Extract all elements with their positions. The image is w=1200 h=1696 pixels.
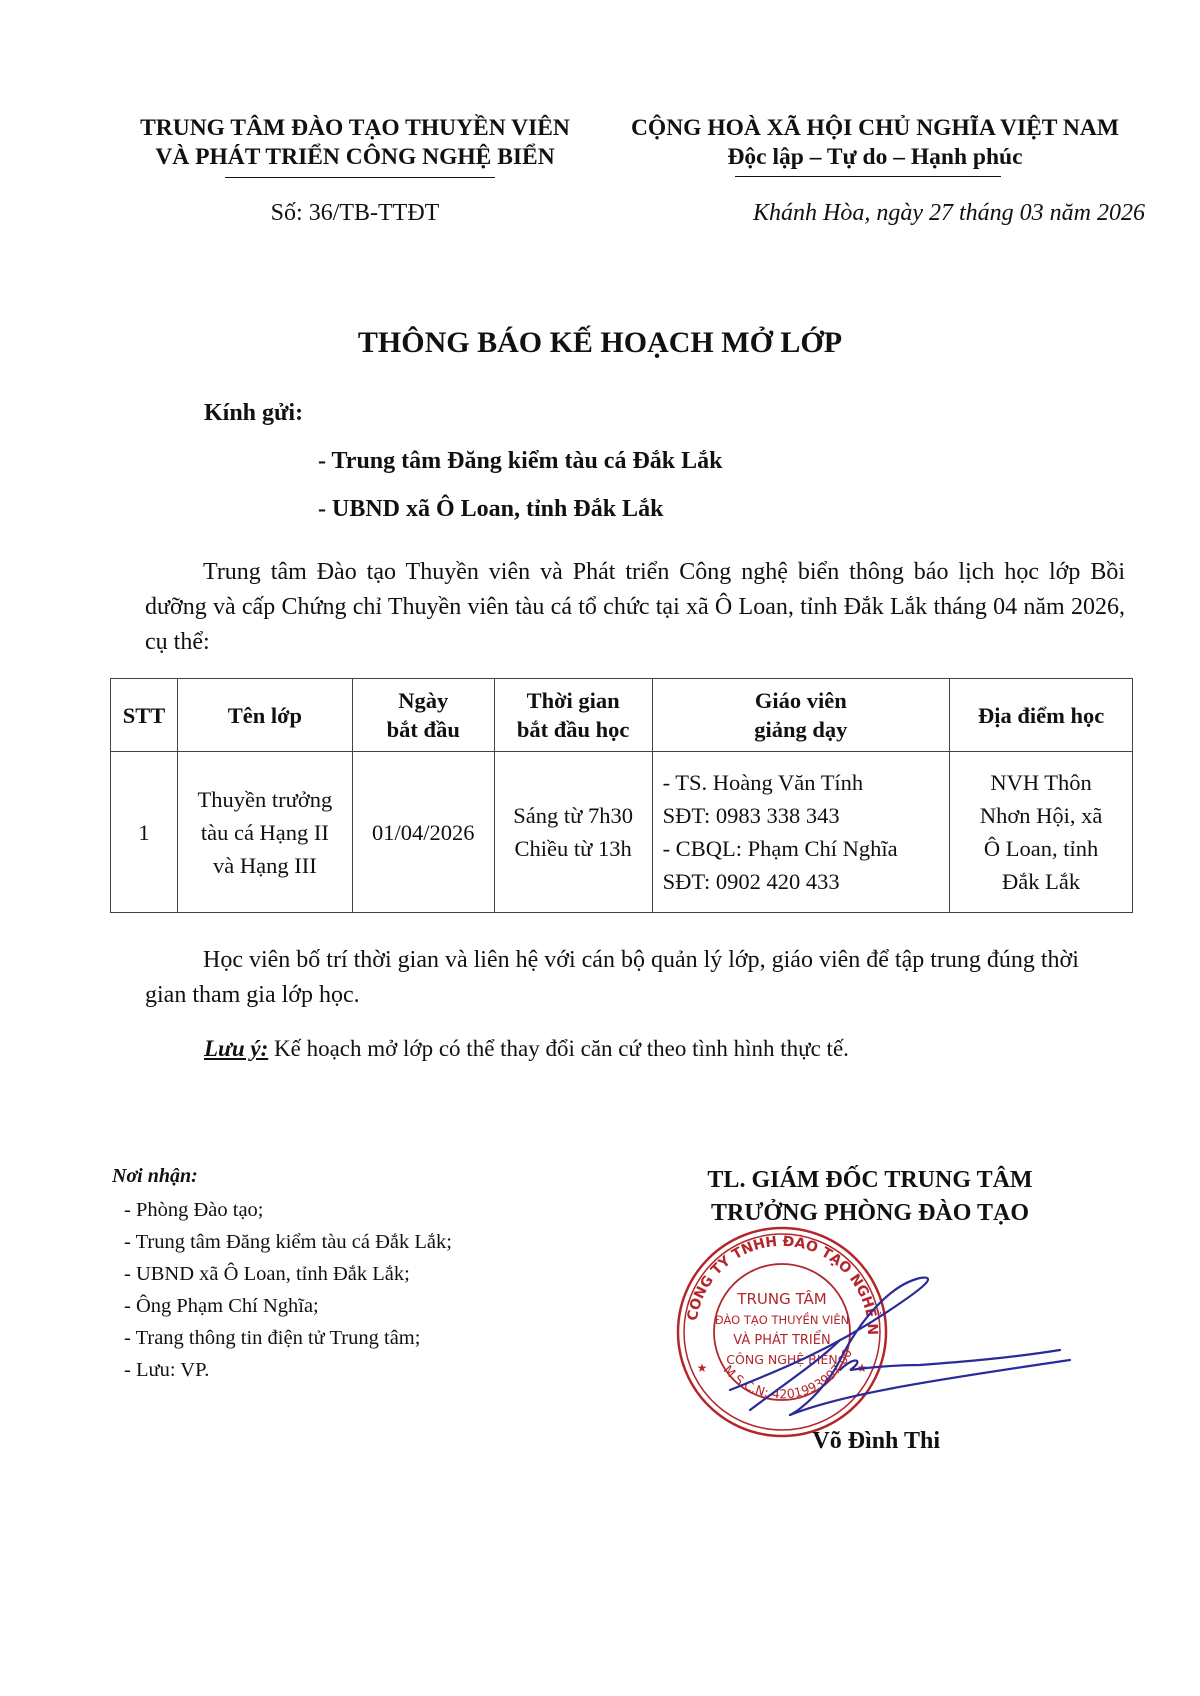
organization-name-line-1: TRUNG TÂM ĐÀO TẠO THUYỀN VIÊN bbox=[118, 114, 592, 143]
signature-title: TL. GIÁM ĐỐC TRUNG TÂM TRƯỞNG PHÒNG ĐÀO … bbox=[660, 1164, 1080, 1230]
handwritten-signature-icon bbox=[690, 1270, 1090, 1430]
distribution-item: - Trang thông tin điện tử Trung tâm; bbox=[124, 1322, 452, 1354]
place-and-date: Khánh Hòa, ngày 27 tháng 03 năm 2026 bbox=[615, 200, 1145, 227]
column-header-location: Địa điểm học bbox=[950, 679, 1133, 752]
column-header-start-date: Ngàybắt đầu bbox=[352, 679, 494, 752]
distribution-list: - Phòng Đào tạo; - Trung tâm Đăng kiểm t… bbox=[124, 1194, 452, 1386]
national-name: CỘNG HOÀ XÃ HỘI CHỦ NGHĨA VIỆT NAM bbox=[615, 114, 1135, 143]
cell-teachers: - TS. Hoàng Văn Tính SĐT: 0983 338 343 -… bbox=[652, 752, 950, 913]
distribution-item: - UBND xã Ô Loan, tỉnh Đắk Lắk; bbox=[124, 1258, 452, 1290]
cell-start-time: Sáng từ 7h30 Chiều từ 13h bbox=[494, 752, 652, 913]
column-header-class-name: Tên lớp bbox=[177, 679, 352, 752]
distribution-item: - Lưu: VP. bbox=[124, 1354, 452, 1386]
table-row: 1 Thuyền trưởng tàu cá Hạng II và Hạng I… bbox=[111, 752, 1133, 913]
document-title: THÔNG BÁO KẾ HOẠCH MỞ LỚP bbox=[0, 326, 1200, 360]
cell-location: NVH Thôn Nhơn Hội, xã Ô Loan, tỉnh Đắk L… bbox=[950, 752, 1133, 913]
organization-header: TRUNG TÂM ĐÀO TẠO THUYỀN VIÊN VÀ PHÁT TR… bbox=[118, 114, 592, 172]
cell-stt: 1 bbox=[111, 752, 178, 913]
document-number: Số: 36/TB-TTĐT bbox=[118, 200, 592, 227]
note-label: Lưu ý: bbox=[204, 1036, 268, 1061]
class-schedule-table: STT Tên lớp Ngàybắt đầu Thời gianbắt đầu… bbox=[110, 678, 1133, 913]
distribution-item: - Ông Phạm Chí Nghĩa; bbox=[124, 1290, 452, 1322]
closing-paragraph: Học viên bố trí thời gian và liên hệ với… bbox=[145, 943, 1125, 1013]
table-header-row: STT Tên lớp Ngàybắt đầu Thời gianbắt đầu… bbox=[111, 679, 1133, 752]
note: Lưu ý: Kế hoạch mở lớp có thể thay đổi c… bbox=[204, 1036, 849, 1062]
recipient-1: - Trung tâm Đăng kiểm tàu cá Đắk Lắk bbox=[318, 448, 722, 475]
column-header-teachers: Giáo viêngiảng dạy bbox=[652, 679, 950, 752]
motto-underline bbox=[735, 176, 1001, 177]
national-header: CỘNG HOÀ XÃ HỘI CHỦ NGHĨA VIỆT NAM Độc l… bbox=[615, 114, 1135, 172]
distribution-title: Nơi nhận: bbox=[112, 1165, 198, 1188]
closing-paragraph-text: Học viên bố trí thời gian và liên hệ với… bbox=[145, 947, 1079, 1008]
cell-class-name: Thuyền trưởng tàu cá Hạng II và Hạng III bbox=[177, 752, 352, 913]
organization-underline bbox=[225, 177, 495, 178]
greeting-label: Kính gửi: bbox=[204, 400, 303, 427]
distribution-item: - Phòng Đào tạo; bbox=[124, 1194, 452, 1226]
cell-start-date: 01/04/2026 bbox=[352, 752, 494, 913]
note-text: Kế hoạch mở lớp có thể thay đổi căn cứ t… bbox=[268, 1036, 849, 1061]
organization-name-line-2: VÀ PHÁT TRIỂN CÔNG NGHỆ BIỂN bbox=[118, 143, 592, 172]
intro-paragraph: Trung tâm Đào tạo Thuyền viên và Phát tr… bbox=[145, 555, 1125, 660]
signature-title-line-1: TL. GIÁM ĐỐC TRUNG TÂM bbox=[660, 1164, 1080, 1197]
signer-name-text: Võ Đình Thi bbox=[812, 1428, 940, 1454]
national-motto: Độc lập – Tự do – Hạnh phúc bbox=[615, 143, 1135, 172]
signer-name: Võ Đình Thi bbox=[660, 1428, 1110, 1455]
column-header-start-time: Thời gianbắt đầu học bbox=[494, 679, 652, 752]
column-header-stt: STT bbox=[111, 679, 178, 752]
intro-paragraph-text: Trung tâm Đào tạo Thuyền viên và Phát tr… bbox=[145, 559, 1125, 655]
recipient-2: - UBND xã Ô Loan, tỉnh Đắk Lắk bbox=[318, 496, 663, 523]
distribution-item: - Trung tâm Đăng kiểm tàu cá Đắk Lắk; bbox=[124, 1226, 452, 1258]
